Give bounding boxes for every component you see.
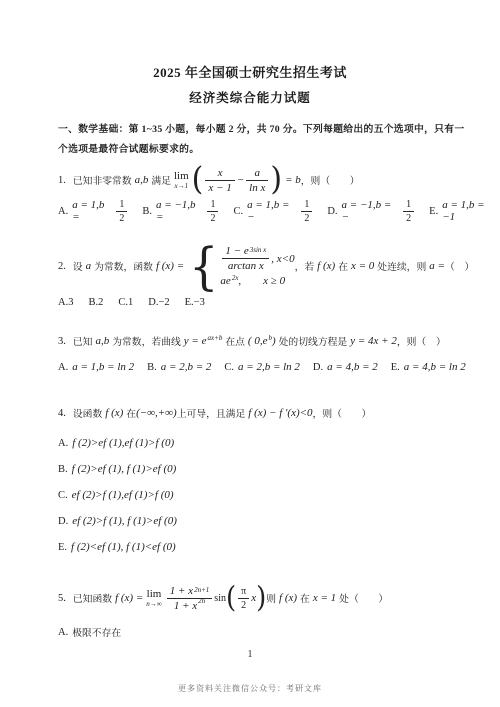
page-number: 1 [0,649,500,660]
section-intro-line2: 个选项是最符合试题标要求的。 [58,141,199,155]
limit-operator: lim x→1 [174,171,189,190]
q3-text3: 在点 [225,334,245,348]
numerator-base: 1 − e [225,245,248,257]
q4-inequality: f (x) − f ′(x)<0 [248,407,312,419]
denominator-base: 1 + x [174,600,197,612]
option-expression: ef (2)>f (1),ef (1)>f (0) [72,489,174,501]
option-letter: C. [233,206,243,217]
numerator-exponent: 3sin x [250,246,267,254]
option-expression: a = −1,b = − [342,199,402,223]
q4-options: A. f (2)>ef (1),ef (1)>f (0) B. f (2)>ef… [58,430,177,560]
q3-option-a: A. a = 1,b = ln 2 [58,361,134,373]
option-letter: D. [313,362,323,373]
q4-option-b: B. f (2)>ef (1), f (1)>ef (0) [58,456,177,482]
q3-option-e: E. a = 4,b = ln 2 [391,361,466,373]
q2-fx2: f (x) [317,260,335,272]
question-3-stem: 3. 已知 a,b 为常数，若曲线 y = e ax+b 在点 ( 0,e b … [58,331,446,351]
question-4-stem: 4. 设函数 f (x) 在 (−∞,+∞) 上可导，且满足 f (x) − f… [58,404,371,422]
numerator-exponent: 2n+1 [194,586,209,594]
q1-option-b: B. a = −1,b = 1 2 [142,199,220,224]
option-letter: B. [58,464,68,475]
fraction-numerator: π [241,586,246,597]
fraction-numerator: a [254,167,260,179]
q3-option-c: C. a = 2,b = ln 2 [224,361,300,373]
fraction-numerator: 1 [210,199,215,210]
question-number: 5. [58,593,66,604]
case-2-comma: , [238,275,241,287]
option-expression: a = 4,b = ln 2 [404,361,466,373]
q2-fx: f (x) = [156,260,184,272]
q2-option-e: E.−3 [185,297,205,308]
q2-var-a: a [86,260,92,272]
fraction-denominator: 2 [241,600,246,611]
exam-document-page: 2025 年全国硕士研究生招生考试 经济类综合能力试题 一、数学基础：第 1~3… [0,0,500,707]
q3-option-d: D. a = 4,b = 2 [313,361,378,373]
fraction: 1 2 [207,199,218,224]
denominator-exponent: 2n [198,597,205,605]
option-expression: a = 2,b = 2 [161,361,212,373]
close-paren: ) [256,584,266,613]
q3-text: 已知 [73,334,93,348]
q2-x0: x = 0 [351,260,374,272]
option-letter: A. [58,438,68,449]
option-letter: B. [142,206,152,217]
q5-fx: f (x) = [115,592,143,604]
option-expression: a = 2,b = ln 2 [238,361,300,373]
question-1-stem: 1. 已知非零常数 a,b 满足 lim x→1 ( x x − 1 − a l… [58,161,360,199]
option-text: 极限不存在 [72,625,121,639]
option-letter: D. [58,516,68,527]
question-number: 2. [58,261,66,272]
option-expression: f (2)>ef (1),ef (1)>f (0) [72,437,174,449]
piecewise-cases: 1 − e 3sin x arctan x , x<0 ae 2x , x ≥ … [220,245,294,287]
exam-subtitle: 经济类综合能力试题 [0,88,500,106]
q3-option-b: B. a = 2,b = 2 [147,361,211,373]
option-letter: A. [58,206,68,217]
fraction-denominator: 2 [119,213,124,224]
option-expression: a = 4,b = 2 [327,361,378,373]
fraction-denominator: x − 1 [208,182,231,194]
option-expression: a = 1,b = ln 2 [72,361,134,373]
q1-text: 已知非零常数 [73,173,132,187]
q1-tail: ，则（ ） [301,173,360,187]
fraction-numerator: 1 [119,199,124,210]
sin-function: sin [214,593,226,604]
option-letter: B. [147,362,157,373]
option-expression: f (2)<ef (1), f (1)<ef (0) [71,541,176,553]
fraction-a-over-lnx: a ln x [246,167,268,194]
numerator-base: 1 + x [170,585,193,597]
q3-point: ( 0,e [248,335,268,347]
option-expression: f (2)>ef (1), f (1)>ef (0) [72,463,177,475]
option-expression: ef (2)>f (1), f (1)>ef (0) [72,515,177,527]
q2-option-a: A.3 [58,297,73,308]
q2-option-c: C.1 [118,297,133,308]
footer-note: 更多资料关注微信公众号：考研文库 [0,683,500,694]
fraction-power-ratio: 1 + x 2n+1 1 + x 2n [167,585,213,612]
option-expression: a = 1,b = − [247,199,299,223]
fraction-denominator: 2 [304,213,309,224]
q1-text2: 满足 [151,173,171,187]
q4-fx: f (x) [105,407,123,419]
q2-text4: 在 [338,259,348,273]
option-expression: a = 1,b = [72,199,114,223]
fraction-x-over-x-minus-1: x x − 1 [205,167,234,194]
fraction: 1 2 [116,199,127,224]
open-paren: ( [192,164,204,196]
fraction: 1 − e 3sin x arctan x [222,245,269,272]
option-expression: a = −1,b = [156,199,206,223]
option-expression: a = 1,b = −1 [442,199,500,223]
q5-fx2: f (x) [279,592,297,604]
option-letter: A. [58,627,68,638]
q2-option-d: D.−2 [148,297,169,308]
fraction-numerator: x [218,167,223,179]
q1-equals-b: = b [285,174,301,186]
lim-subscript: x→1 [175,183,189,190]
q4-option-d: D. ef (2)>f (1), f (1)>ef (0) [58,508,177,534]
question-2-stem: 2. 设 a 为常数，函数 f (x) = { 1 − e 3sin x arc… [58,237,474,295]
q3-options: A. a = 1,b = ln 2 B. a = 2,b = 2 C. a = … [58,361,466,373]
case-1: 1 − e 3sin x arctan x , x<0 [220,245,294,272]
option-letter: D. [327,206,337,217]
case-2-base: ae [220,275,230,287]
fraction-denominator: ln x [249,182,265,194]
q3-text4: 处的切线方程是 [279,334,348,348]
q4-text3: 上可导，且满足 [177,406,246,420]
q4-tail: ，则（ ） [313,406,372,420]
question-5-stem: 5. 已知函数 f (x) = lim n→∞ 1 + x 2n+1 1 + x… [58,575,388,621]
lim-text: lim [174,171,189,182]
q2-a-equals: a = [429,260,445,272]
q3-tangent-line: y = 4x + 2 [350,335,397,347]
q2-text: 设 [73,259,83,273]
q5-text3: 在 [300,591,310,605]
option-letter: E. [391,362,400,373]
minus-sign: − [237,174,244,186]
q1-option-a: A. a = 1,b = 1 2 [58,199,129,224]
question-number: 4. [58,408,66,419]
question-number: 3. [58,336,66,347]
fraction-numerator: 1 [304,199,309,210]
q4-interval: (−∞,+∞) [136,407,177,419]
case-2-condition: x ≥ 0 [263,275,285,287]
q2-text2: 为常数，函数 [94,259,153,273]
q2-tail: （ ） [445,259,474,273]
close-paren: ) [270,164,282,196]
fraction: 1 2 [301,199,312,224]
q2-option-b: B.2 [88,297,103,308]
fraction-numerator: 1 [406,199,411,210]
q5-text: 已知函数 [73,591,112,605]
q1-option-e: E. a = 1,b = −1 [429,199,500,223]
case-2: ae 2x , x ≥ 0 [220,275,294,287]
q3-point-close: ) [272,335,276,347]
q5-text2: 则 [266,591,276,605]
q1-option-d: D. a = −1,b = − 1 2 [327,199,416,224]
q2-text5: 处连续，则 [377,259,426,273]
option-letter: E. [58,542,67,553]
option-letter: C. [58,490,68,501]
case-1-condition: , x<0 [271,253,294,265]
q3-curve-exponent: ax+b [207,334,222,342]
lim-text: lim [147,589,162,600]
section-intro-line1: 一、数学基础：第 1~35 小题，每小题 2 分，共 70 分。下列每题给出的五… [58,121,464,135]
q3-tail: ，则（ ） [397,334,446,348]
q5-option-a: A. 极限不存在 [58,624,121,640]
fraction-denominator: arctan x [228,260,264,272]
q3-point-exponent: b [268,334,272,342]
exam-title: 2025 年全国硕士研究生招生考试 [0,62,500,81]
q1-options: A. a = 1,b = 1 2 B. a = −1,b = 1 2 C. a … [58,196,500,226]
q1-vars: a,b [135,174,149,186]
option-letter: A. [58,362,68,373]
q4-option-e: E. f (2)<ef (1), f (1)<ef (0) [58,534,177,560]
question-number: 1. [58,175,66,186]
q3-curve: y = e [184,335,207,347]
fraction-denominator: 2 [210,213,215,224]
option-letter: C. [224,362,234,373]
fraction-denominator: 2 [406,213,411,224]
limit-operator: lim n→∞ [146,589,162,608]
case-2-exponent: 2x [232,274,239,282]
fraction: 1 2 [403,199,414,224]
q5-tail: 处（ ） [339,591,388,605]
q4-text2: 在 [126,406,136,420]
open-paren: ( [226,584,236,613]
q4-option-a: A. f (2)>ef (1),ef (1)>f (0) [58,430,177,456]
q3-text2: 为常数，若曲线 [112,334,181,348]
option-letter: E. [429,206,438,217]
q1-option-c: C. a = 1,b = − 1 2 [233,199,314,224]
q2-text3: ，若 [295,259,315,273]
q4-text: 设函数 [73,406,102,420]
q4-option-c: C. ef (2)>f (1),ef (1)>f (0) [58,482,177,508]
q5-x1: x = 1 [313,592,336,604]
q3-vars: a,b [95,335,109,347]
fraction-pi-over-2: π 2 [238,586,249,611]
cases-brace: { [189,241,218,292]
lim-subscript: n→∞ [146,601,162,608]
q2-options: A.3 B.2 C.1 D.−2 E.−3 [58,297,209,308]
